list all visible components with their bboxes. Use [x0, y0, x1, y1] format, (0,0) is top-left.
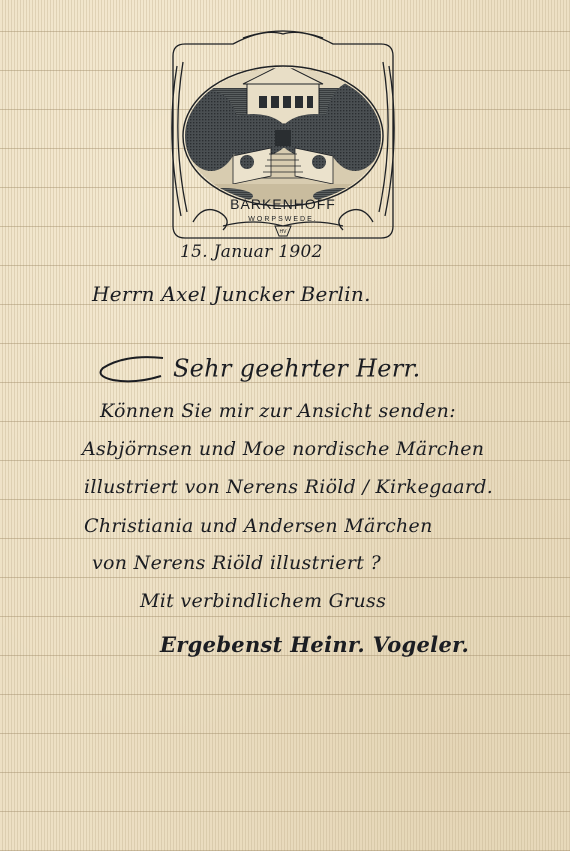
letter-addressee: Herrn Axel Juncker Berlin. — [92, 282, 371, 306]
monogram-text: HV — [280, 229, 288, 235]
letter-closing: Mit verbindlichem Gruss — [140, 590, 386, 612]
body-line-3: illustriert von Nerens Riöld / Kirkegaar… — [84, 476, 493, 498]
salutation-text: Sehr geehrter Herr. — [173, 355, 421, 383]
house-facade-icon: BARKENHOFF WORPSWEDE. HV — [163, 26, 403, 246]
estate-name-text: BARKENHOFF — [230, 196, 336, 212]
place-text: WORPSWEDE. — [248, 216, 317, 223]
letter-page: BARKENHOFF WORPSWEDE. HV 15. Januar 1902… — [0, 0, 570, 851]
letter-signature: Ergebenst Heinr. Vogeler. — [160, 632, 469, 657]
body-line-2: Asbjörnsen und Moe nordische Märchen — [82, 438, 484, 460]
barkenhoff-letterhead-emblem: BARKENHOFF WORPSWEDE. HV — [163, 26, 403, 246]
body-line-4: Christiania und Andersen Märchen — [84, 515, 433, 537]
letter-date: 15. Januar 1902 — [180, 242, 323, 262]
letter-salutation-row: Sehr geehrter Herr. — [95, 350, 421, 390]
salutation-swash-icon — [95, 350, 165, 390]
body-line-5: von Nerens Riöld illustriert ? — [92, 552, 381, 574]
body-line-1: Können Sie mir zur Ansicht senden: — [100, 400, 456, 422]
